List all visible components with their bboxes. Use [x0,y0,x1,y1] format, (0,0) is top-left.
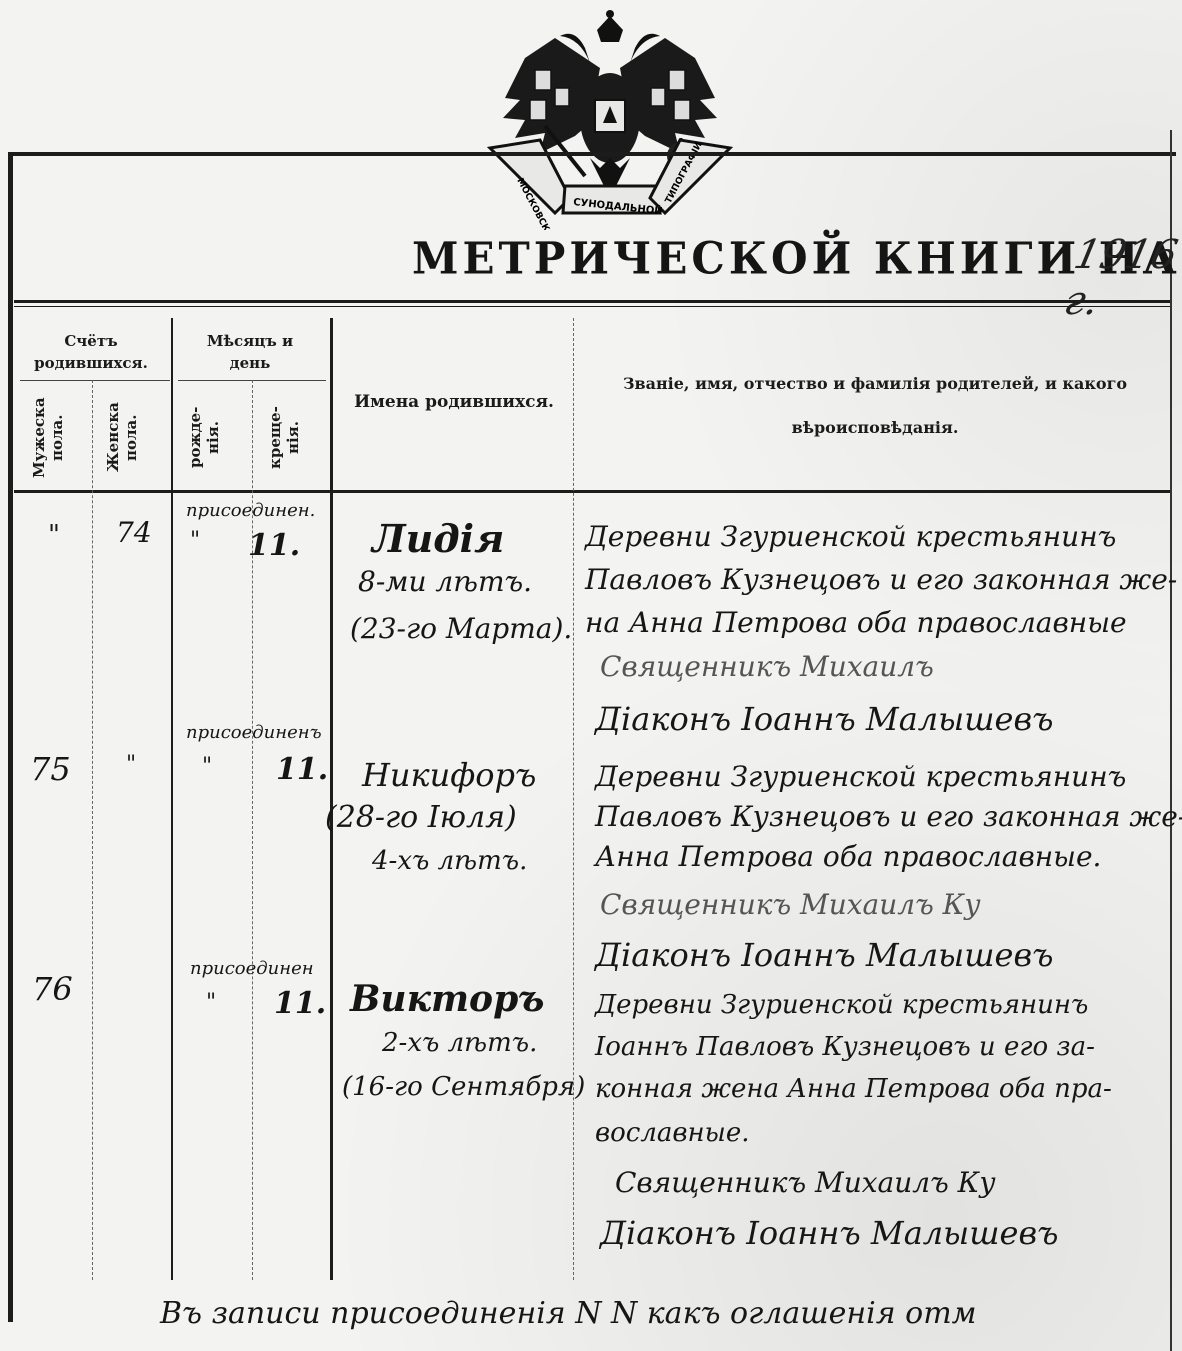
subheader-rule [20,380,170,381]
frame-left-line [8,152,13,1322]
record-1-date: (23-го Марта). [350,612,572,645]
header-top-rule [14,300,1170,303]
header-bottom-rule [14,490,1170,493]
record-1-parents-line-2: Павловъ Кузнецовъ и его законная же- [585,563,1177,596]
record-2-male: 75 [30,750,71,788]
header-date-birth: рожде-нія. [186,395,236,480]
record-1-signature-deacon: Діаконъ Іоаннъ Малышевъ [595,700,1053,738]
record-1-male: " [48,520,60,550]
frame-top-line [8,152,1176,156]
record-2-signature-priest: Священникъ Михаилъ Ку [600,888,981,921]
header-top-rule-thin [14,306,1170,307]
record-3-parents-line-4: вославные. [595,1118,750,1148]
record-1-birth: " [190,528,200,553]
record-2-parents-line-1: Деревни Згуриенской крестьянинъ [595,760,1126,793]
page-title: МЕТРИЧЕСКОЙ КНИГИ НА [412,233,1181,284]
header-names: Имена родившихся. [338,392,570,412]
record-2-age: 4-хъ лѣтъ. [372,846,527,876]
metric-book-page: МОСКОВСКОЙ СУНОДАЛЬНОЙ ТИПОГРАФІИ МЕТРИЧ… [0,0,1182,1351]
header-date-baptism: креще-нія. [266,395,316,480]
record-1-parents-line-1: Деревни Згуриенской крестьянинъ [585,520,1116,553]
col-divider-date-names [330,318,333,1280]
col-divider-count-date [171,318,173,1280]
record-1-birth-note: присоединен. [186,500,315,521]
header-date-group: Мѣсяцъ и день [190,330,310,374]
record-2-date: (28-го Іюля) [325,800,517,835]
record-2-baptism: 11. [276,752,328,787]
header-count-group: Счётъ родившихся. [26,330,156,374]
header-count-female: Женска пола. [104,390,154,485]
record-1-baptism: 11. [248,528,300,563]
record-2-parents-line-2: Павловъ Кузнецовъ и его законная же- [595,800,1182,833]
record-2-signature-deacon: Діаконъ Іоаннъ Малышевъ [595,936,1053,974]
record-1-name: Лидія [372,516,504,561]
record-2-birth: " [202,754,212,779]
record-3-male: 76 [32,970,73,1008]
year-handwritten: 1916 г. [1060,232,1182,324]
record-3-birth-note: присоединен [190,958,314,979]
record-2-birth-note: присоединенъ [186,722,322,743]
col-divider-male-female [92,380,93,1280]
header-count-male: Мужеска пола. [30,390,80,485]
record-3-baptism: 11. [274,986,326,1021]
record-3-birth: " [206,990,216,1015]
record-3-date: (16-го Сентября) [342,1072,585,1102]
record-3-parents-line-2: Іоаннъ Павловъ Кузнецовъ и его за- [595,1032,1095,1062]
record-3-signature-deacon: Діаконъ Іоаннъ Малышевъ [600,1214,1058,1252]
record-2-name: Никифоръ [362,756,536,794]
record-3-parents-line-1: Деревни Згуриенской крестьянинъ [595,990,1088,1020]
record-2-parents-line-3: Анна Петрова оба православные. [595,840,1101,873]
record-2-female: " [126,752,136,777]
record-3-age: 2-хъ лѣтъ. [382,1028,537,1058]
header-parents: Званіе, имя, отчество и фамилія родителе… [580,362,1170,450]
footer-note: Въ записи присоединенія N N какъ оглашен… [160,1296,977,1331]
record-1-female: 74 [116,516,152,549]
record-3-name: Викторъ [350,978,544,1020]
record-1-parents-line-3: на Анна Петрова оба православные [585,606,1127,639]
record-1-signature-priest: Священникъ Михаилъ [600,650,934,683]
record-1-age: 8-ми лѣтъ. [358,565,532,598]
double-headed-eagle-coat-of-arms-icon: МОСКОВСКОЙ СУНОДАЛЬНОЙ ТИПОГРАФІИ [485,8,735,230]
col-divider-names-parents [573,318,574,1280]
record-3-parents-line-3: конная жена Анна Петрова оба пра- [595,1074,1112,1104]
record-3-signature-priest: Священникъ Михаилъ Ку [615,1166,996,1199]
